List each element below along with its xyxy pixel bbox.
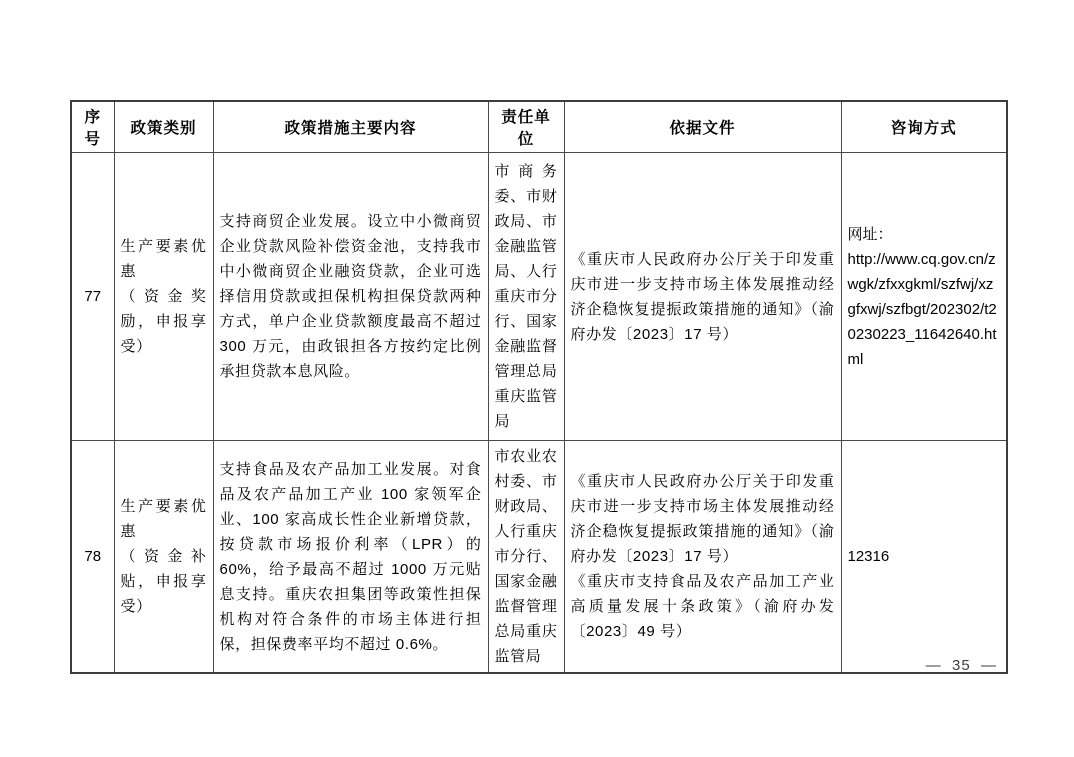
table-row-78: 78 生产要素优惠 （资金补贴，申报享受） 支持食品及农产品加工业发展。对食品及… <box>71 441 1007 674</box>
policy-category-cell: 生产要素优惠 （资金奖励，申报享受） <box>114 153 213 441</box>
table-header-row: 序号 政策类别 政策措施主要内容 责任单位 依据文件 咨询方式 <box>71 101 1007 153</box>
responsible-unit-cell: 市商务委、市财政局、市金融监管局、人行重庆市分行、国家金融监督管理总局重庆监管局 <box>488 153 564 441</box>
policy-measures-table: 序号 政策类别 政策措施主要内容 责任单位 依据文件 咨询方式 77 生产要素优… <box>70 100 1008 674</box>
basis-document: 《重庆市人民政府办公厅关于印发重庆市进一步支持市场主体发展推动经济企稳恢复提振政… <box>571 469 835 569</box>
header-policy-content: 政策措施主要内容 <box>213 101 488 153</box>
policy-content-cell: 支持商贸企业发展。设立中小微商贸企业贷款风险补偿资金池，支持我市中小微商贸企业融… <box>213 153 488 441</box>
policy-category-cell: 生产要素优惠 （资金补贴，申报享受） <box>114 441 213 674</box>
category-note-text: （资金奖励，申报享受） <box>121 284 207 359</box>
basis-documents-cell: 《重庆市人民政府办公厅关于印发重庆市进一步支持市场主体发展推动经济企稳恢复提振政… <box>564 441 841 674</box>
category-main-text: 生产要素优惠 <box>121 494 207 544</box>
contact-method-cell: 网址： http://www.cq.gov.cn/zwgk/zfxxgkml/s… <box>841 153 1007 441</box>
header-basis-documents: 依据文件 <box>564 101 841 153</box>
header-index: 序号 <box>71 101 114 153</box>
table-row-77: 77 生产要素优惠 （资金奖励，申报享受） 支持商贸企业发展。设立中小微商贸企业… <box>71 153 1007 441</box>
policy-content-cell: 支持食品及农产品加工业发展。对食品及农产品加工产业 100 家领军企业、100 … <box>213 441 488 674</box>
header-responsible-unit: 责任单位 <box>488 101 564 153</box>
header-contact-method: 咨询方式 <box>841 101 1007 153</box>
row-index: 78 <box>71 441 114 674</box>
page-number: — 35 — <box>926 657 997 674</box>
category-main-text: 生产要素优惠 <box>121 234 207 284</box>
row-index: 77 <box>71 153 114 441</box>
contact-method-cell: 12316 <box>841 441 1007 674</box>
contact-hotline-text: 12316 <box>848 544 1001 569</box>
basis-document: 《重庆市支持食品及农产品加工产业高质量发展十条政策》（渝府办发〔2023〕49 … <box>571 569 835 644</box>
contact-url-label: 网址： <box>848 222 1001 247</box>
category-note-text: （资金补贴，申报享受） <box>121 544 207 619</box>
basis-documents-cell: 《重庆市人民政府办公厅关于印发重庆市进一步支持市场主体发展推动经济企稳恢复提振政… <box>564 153 841 441</box>
contact-url-text: http://www.cq.gov.cn/zwgk/zfxxgkml/szfwj… <box>848 247 1001 372</box>
responsible-unit-cell: 市农业农村委、市财政局、人行重庆市分行、国家金融监督管理总局重庆监管局 <box>488 441 564 674</box>
basis-document: 《重庆市人民政府办公厅关于印发重庆市进一步支持市场主体发展推动经济企稳恢复提振政… <box>571 247 835 347</box>
header-policy-category: 政策类别 <box>114 101 213 153</box>
document-page: 序号 政策类别 政策措施主要内容 责任单位 依据文件 咨询方式 77 生产要素优… <box>0 0 1074 757</box>
